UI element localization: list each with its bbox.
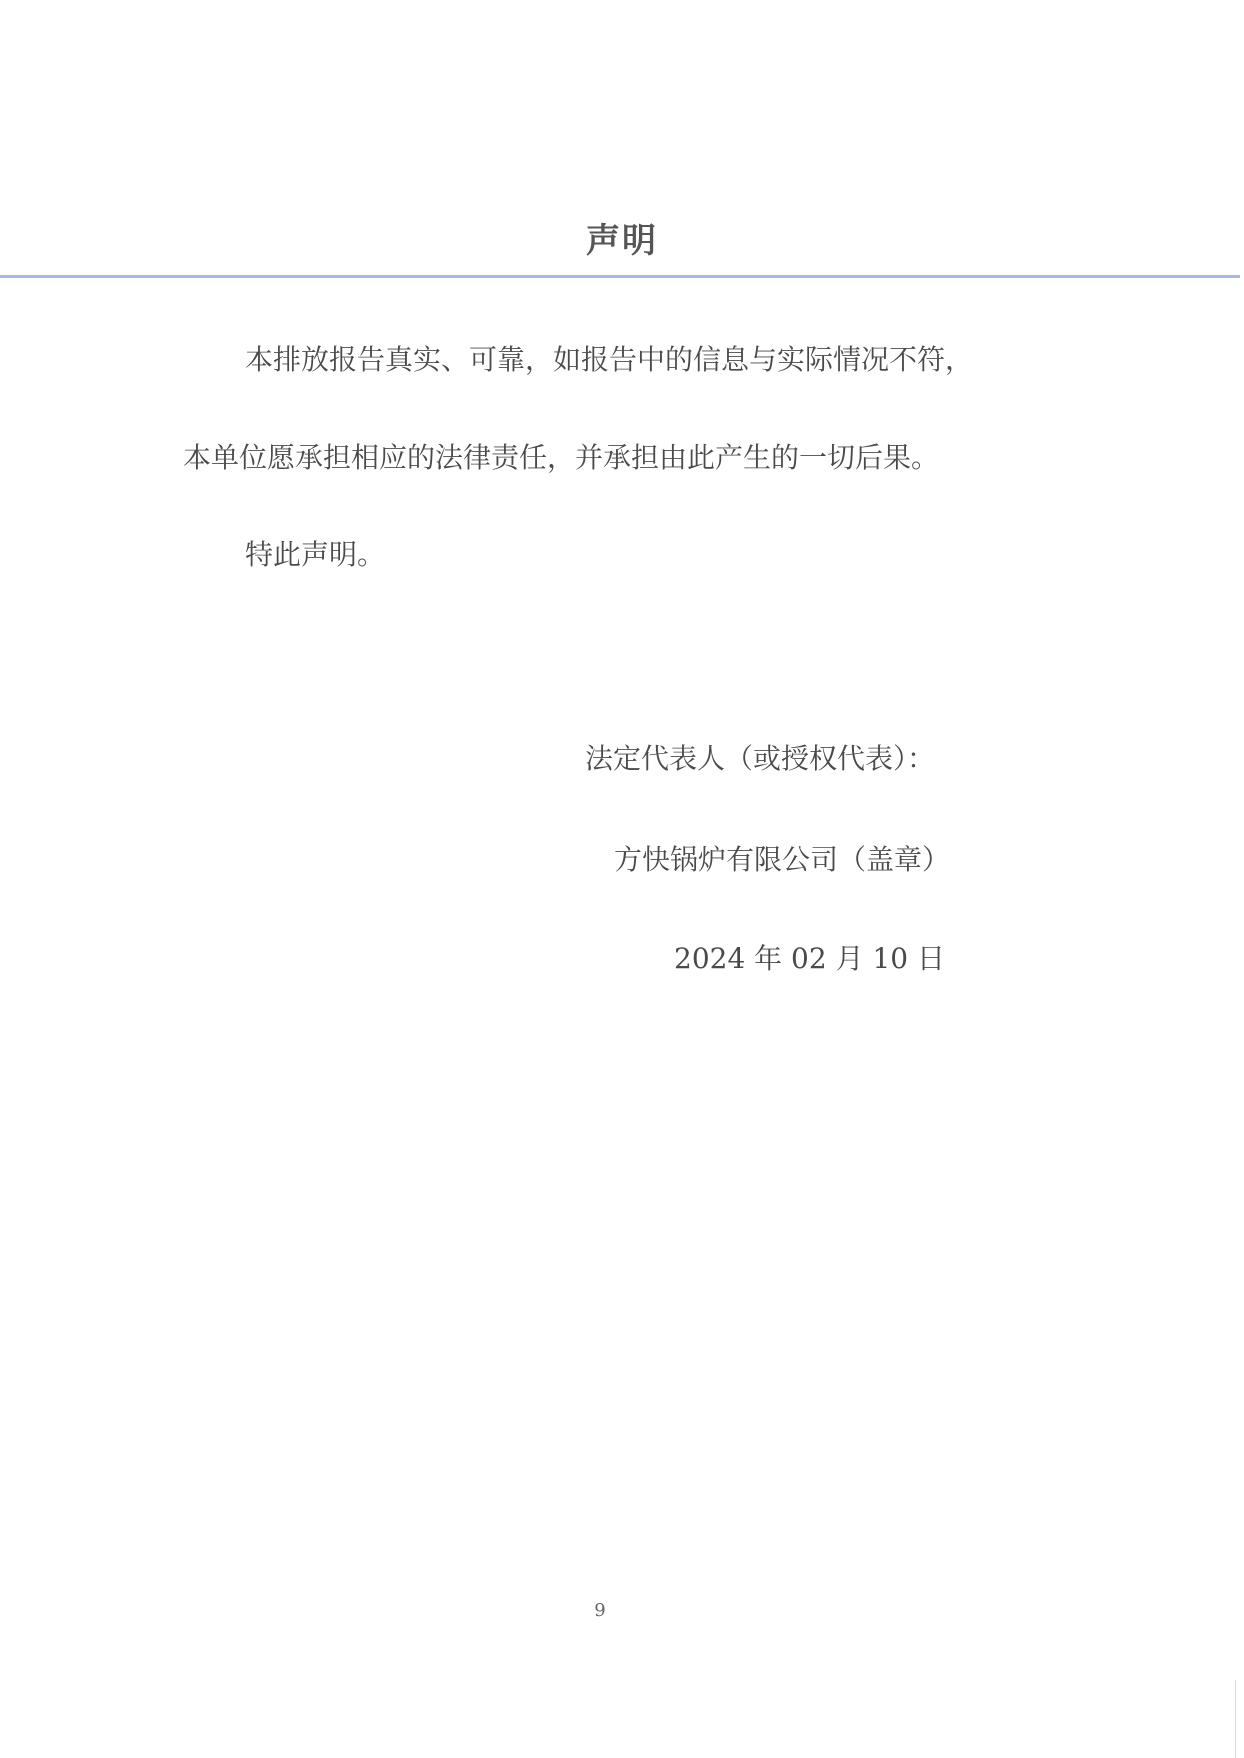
statement-paragraph-line-1: 本排放报告真实、可靠，如报告中的信息与实际情况不符， xyxy=(245,338,973,378)
statement-closing: 特此声明。 xyxy=(245,533,385,573)
signature-date: 2024 年 02 月 10 日 xyxy=(674,937,945,977)
scan-edge-line xyxy=(1235,1680,1236,1758)
representative-label: 法定代表人（或授权代表）： xyxy=(585,737,935,777)
page-title: 声明 xyxy=(0,213,1244,262)
statement-paragraph-line-2: 本单位愿承担相应的法律责任，并承担由此产生的一切后果。 xyxy=(183,436,939,476)
page-number: 9 xyxy=(0,1600,1200,1621)
company-seal-line: 方快锅炉有限公司（盖章） xyxy=(614,838,950,878)
title-divider xyxy=(0,275,1240,278)
